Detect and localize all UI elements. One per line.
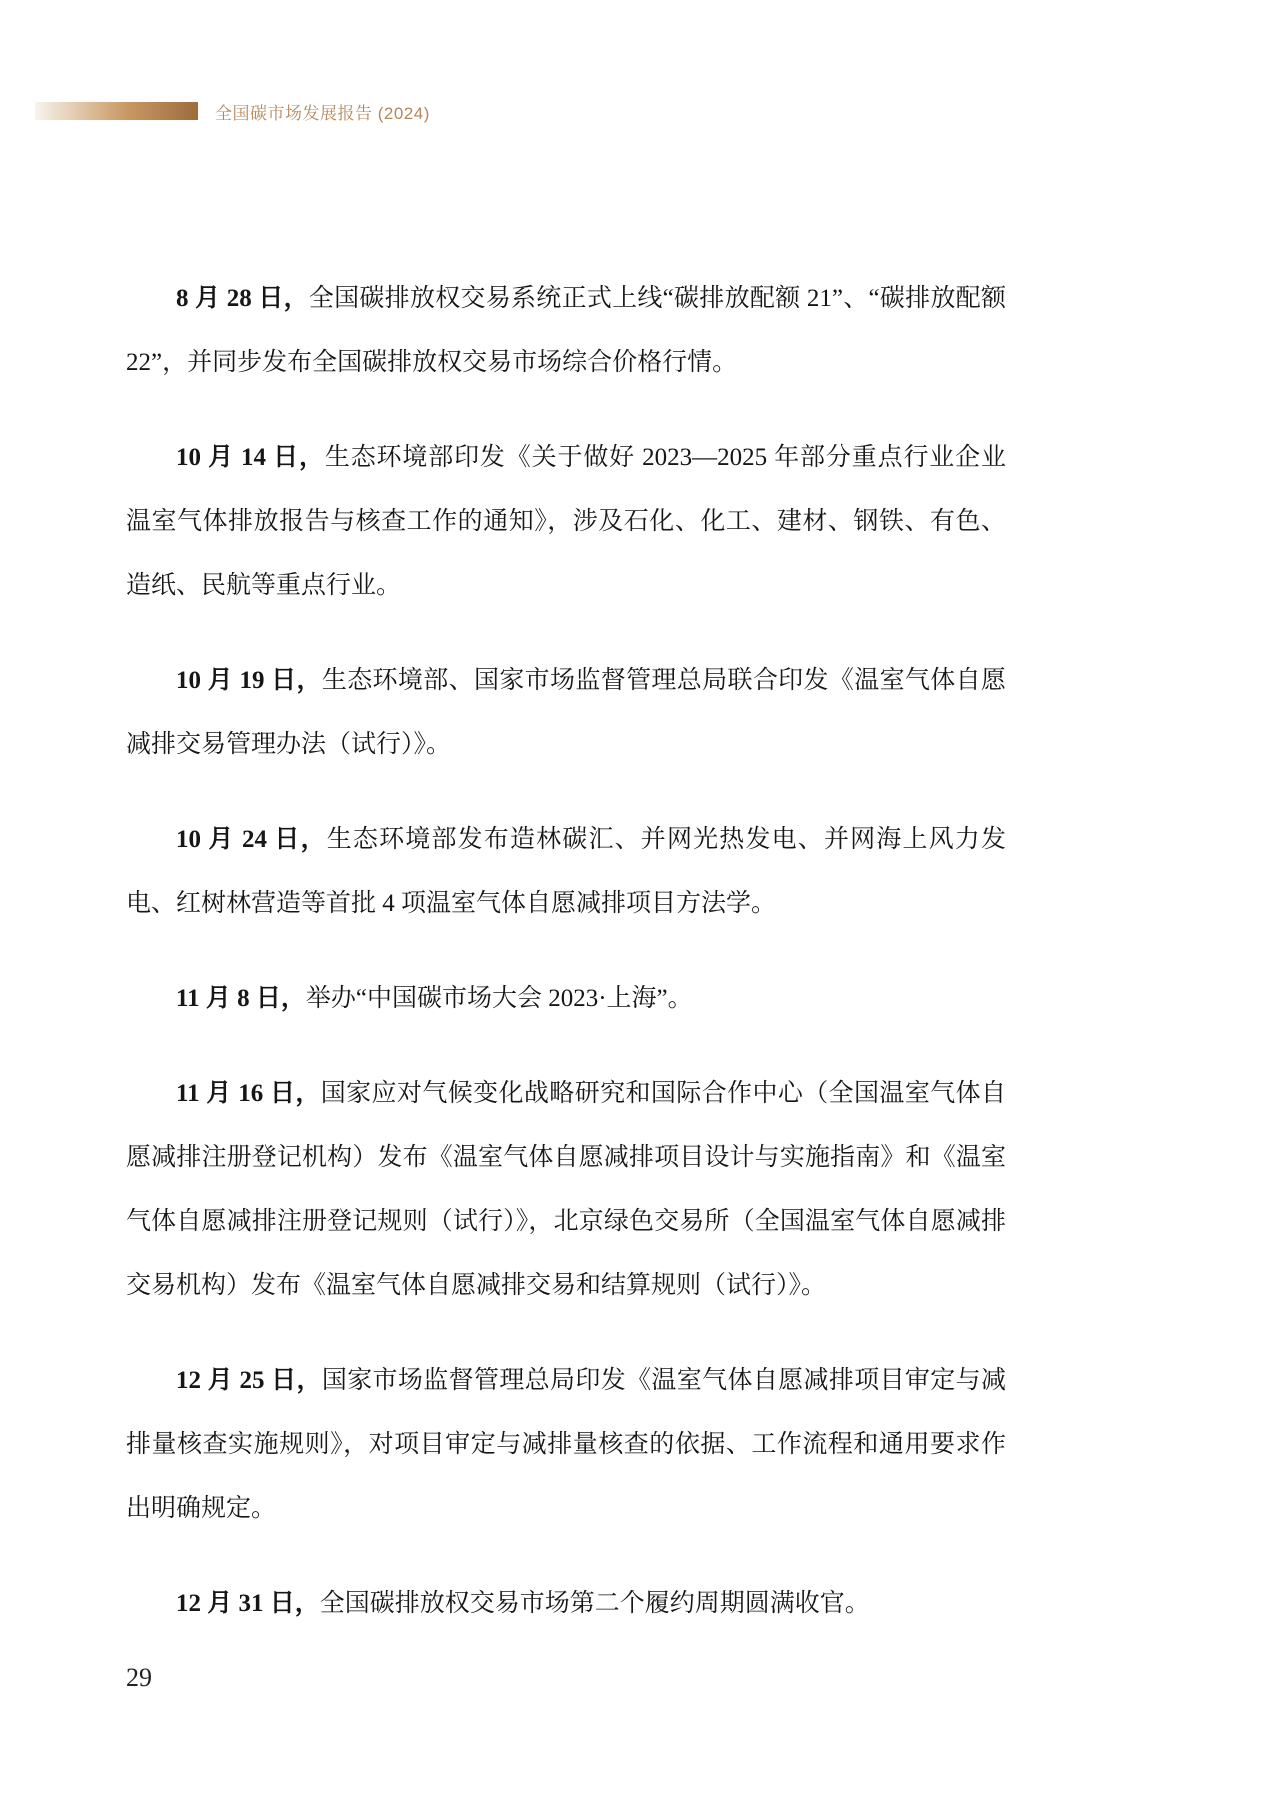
entry-date: 11 月 16 日， xyxy=(176,1080,321,1107)
timeline-entry: 10 月 19 日，生态环境部、国家市场监督管理总局联合印发《温室气体自愿减排交… xyxy=(126,649,1006,777)
entry-date: 10 月 24 日， xyxy=(176,826,327,853)
timeline-entry: 11 月 16 日，国家应对气候变化战略研究和国际合作中心（全国温室气体自愿减排… xyxy=(126,1062,1006,1318)
entry-text: 国家应对气候变化战略研究和国际合作中心（全国温室气体自愿减排注册登记机构）发布《… xyxy=(126,1080,1006,1299)
entry-date: 12 月 25 日， xyxy=(176,1367,322,1394)
report-title: 全国碳市场发展报告 (2024) xyxy=(215,99,430,124)
entry-text: 举办“中国碳市场大会 2023·上海”。 xyxy=(306,985,693,1012)
timeline-entry: 12 月 25 日，国家市场监督管理总局印发《温室气体自愿减排项目审定与减排量核… xyxy=(126,1349,1006,1541)
timeline-entry: 8 月 28 日，全国碳排放权交易系统正式上线“碳排放配额 21”、“碳排放配额… xyxy=(126,267,1006,395)
page-number: 29 xyxy=(126,1663,152,1693)
timeline-content: 8 月 28 日，全国碳排放权交易系统正式上线“碳排放配额 21”、“碳排放配额… xyxy=(126,267,1006,1667)
entry-date: 10 月 14 日， xyxy=(176,444,325,471)
timeline-entry: 10 月 14 日，生态环境部印发《关于做好 2023—2025 年部分重点行业… xyxy=(126,426,1006,618)
timeline-entry: 11 月 8 日，举办“中国碳市场大会 2023·上海”。 xyxy=(126,967,1006,1031)
header-accent-bar xyxy=(35,102,198,120)
entry-text: 全国碳排放权交易市场第二个履约周期圆满收官。 xyxy=(320,1590,870,1617)
entry-date: 8 月 28 日， xyxy=(176,285,309,312)
timeline-entry: 10 月 24 日，生态环境部发布造林碳汇、并网光热发电、并网海上风力发电、红树… xyxy=(126,808,1006,936)
entry-date: 10 月 19 日， xyxy=(176,667,322,694)
entry-date: 12 月 31 日， xyxy=(176,1590,320,1617)
page-header: 全国碳市场发展报告 (2024) xyxy=(35,99,430,123)
report-page: 全国碳市场发展报告 (2024) 8 月 28 日，全国碳排放权交易系统正式上线… xyxy=(0,0,1280,1799)
timeline-entry: 12 月 31 日，全国碳排放权交易市场第二个履约周期圆满收官。 xyxy=(126,1572,1006,1636)
entry-date: 11 月 8 日， xyxy=(176,985,306,1012)
